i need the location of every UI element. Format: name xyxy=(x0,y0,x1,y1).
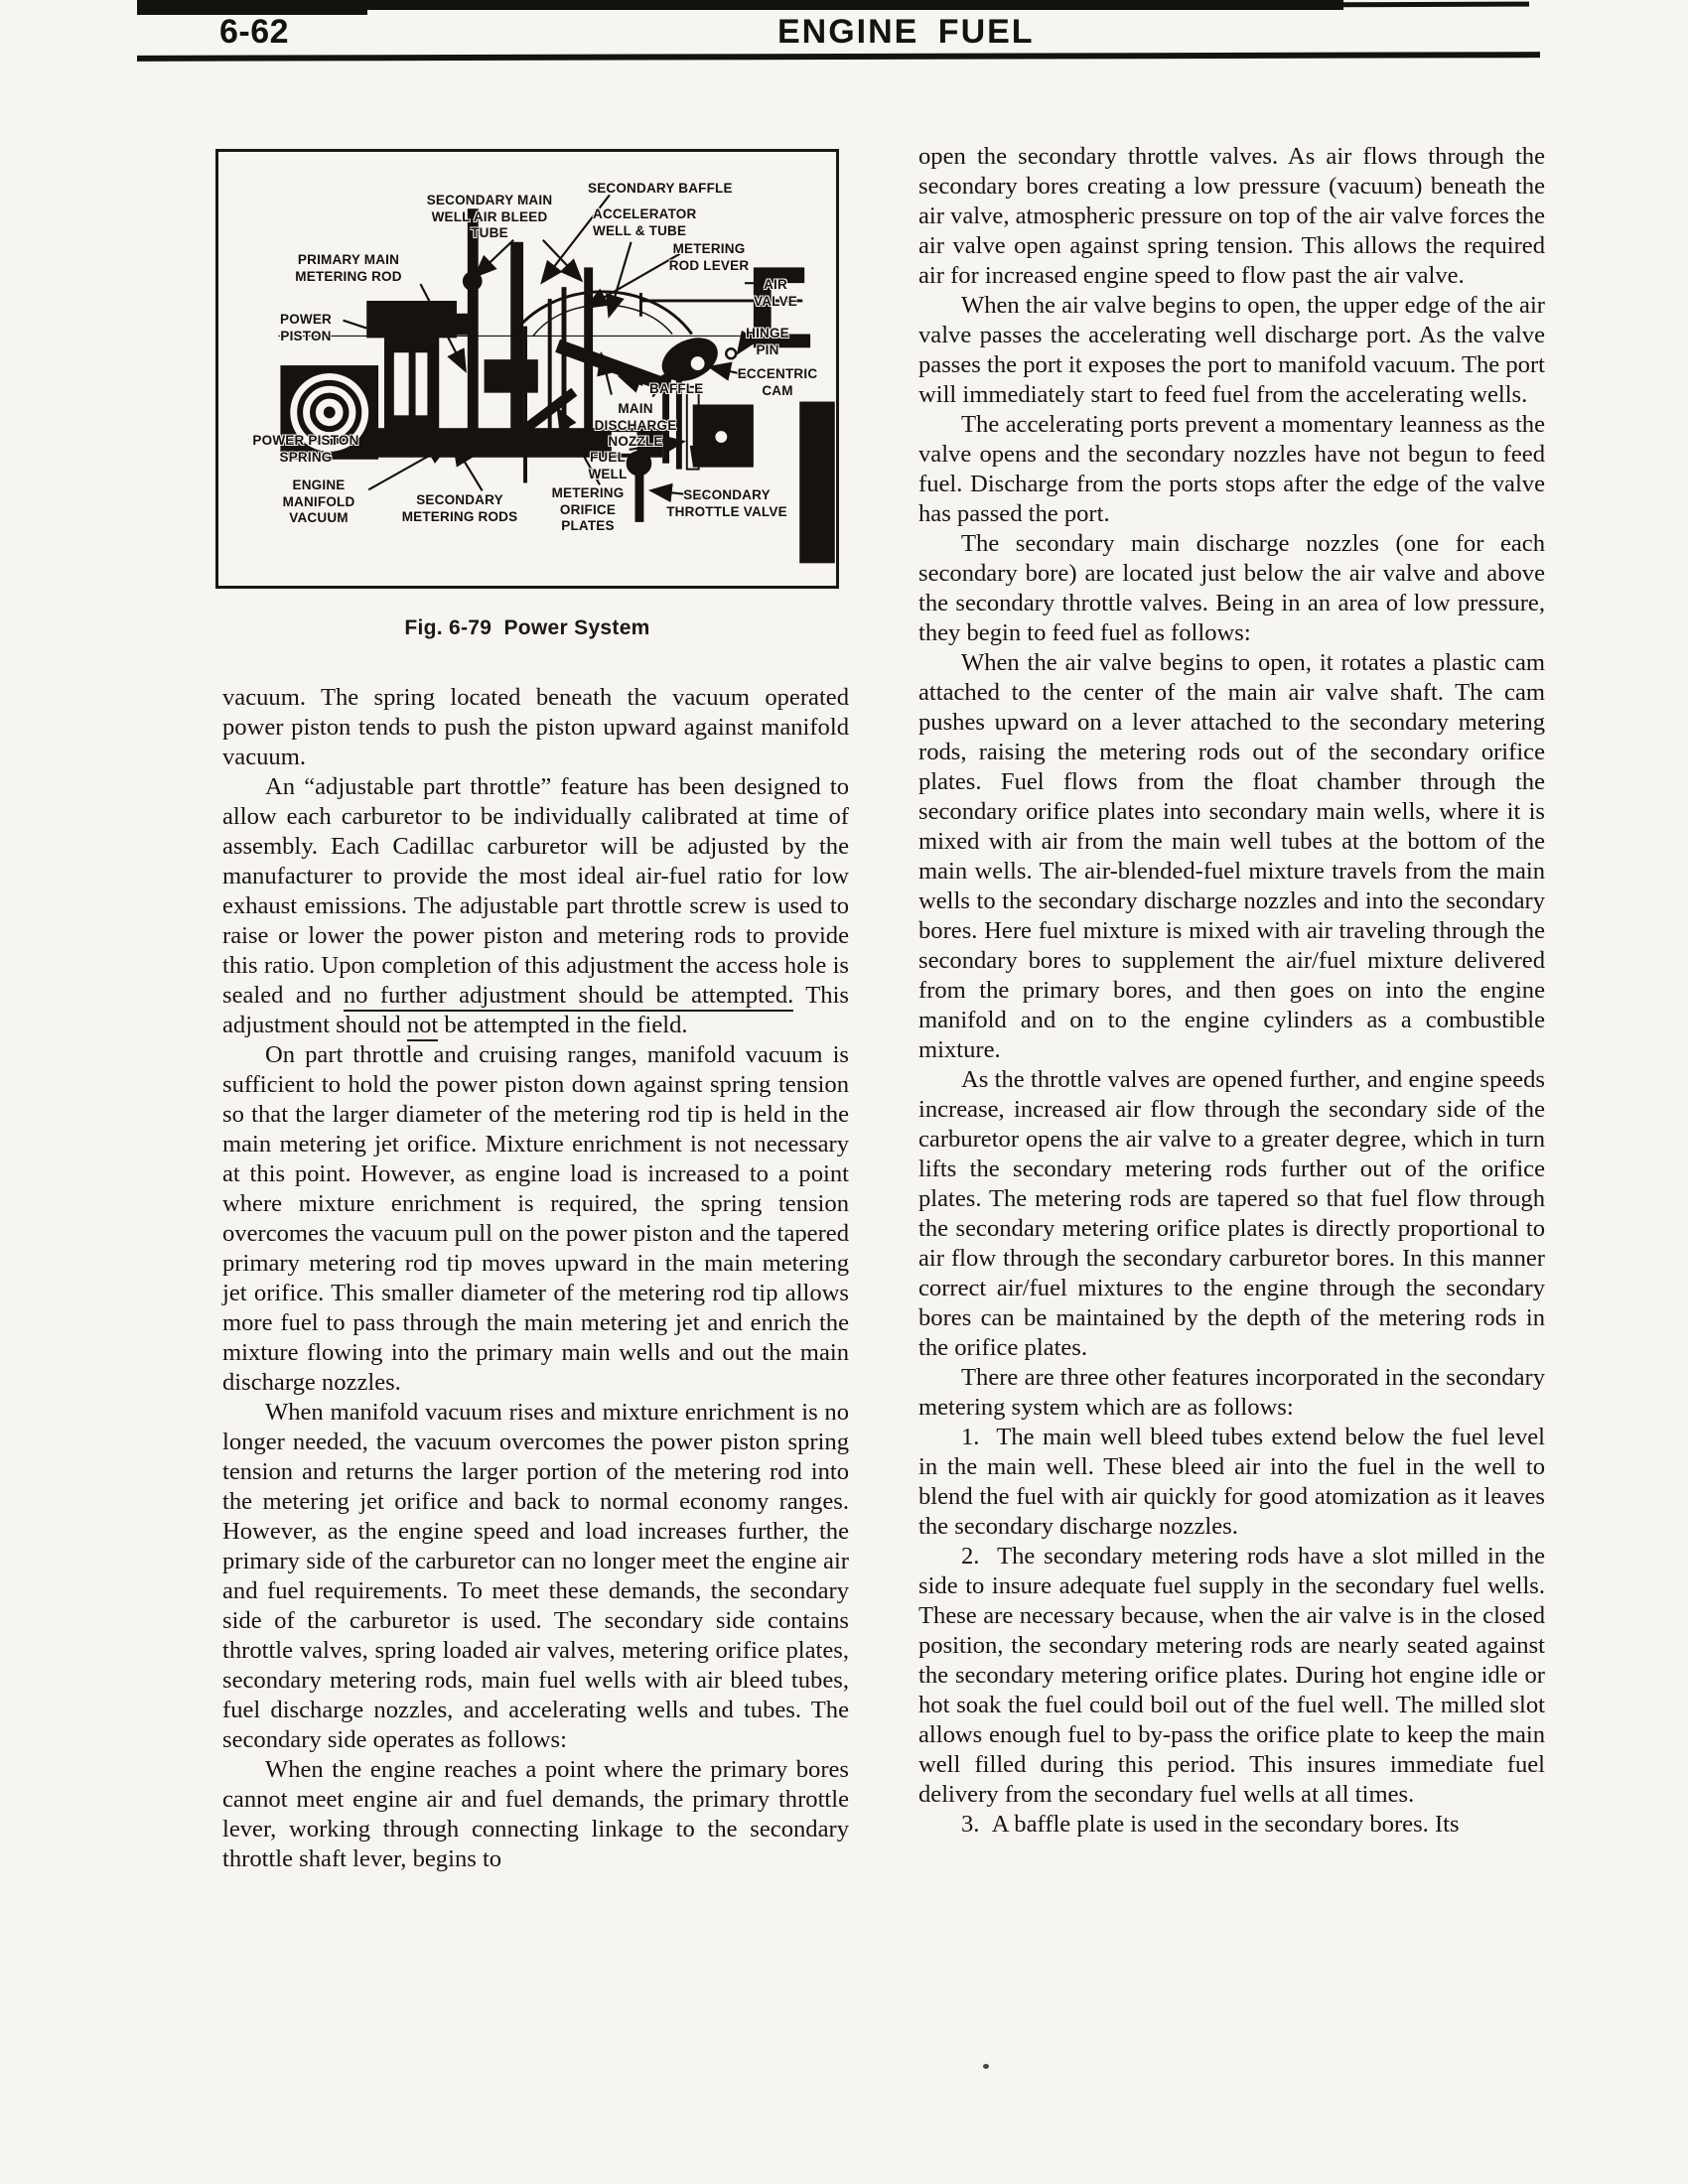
figure-label-metering-orifice-plates: METERINGORIFICEPLATES xyxy=(552,485,625,535)
list-item-2: 2. The secondary metering rods have a sl… xyxy=(918,1542,1545,1810)
figure-caption: Fig. 6-79 Power System xyxy=(215,616,839,640)
paragraph: An “adjustable part throttle” feature ha… xyxy=(222,772,849,1040)
underlined-text: not xyxy=(407,1012,438,1041)
figure-label-baffle: BAFFLE xyxy=(649,381,703,398)
paragraph-text: When the air valve begins to open, the u… xyxy=(918,292,1545,408)
figure-label-eccentric-cam: ECCENTRICCAM xyxy=(738,366,818,399)
paragraph: As the throttle valves are opened furthe… xyxy=(918,1065,1545,1363)
paragraph: When manifold vacuum rises and mixture e… xyxy=(222,1398,849,1755)
figure-power-system: SECONDARY MAINWELL AIR BLEEDTUBE SECONDA… xyxy=(215,149,839,589)
figure-label-engine-manifold-vacuum: ENGINEMANIFOLDVACUUM xyxy=(283,478,355,527)
figure-label-air-valve: AIRVALVE xyxy=(754,277,797,310)
figure-label-secondary-baffle: SECONDARY BAFFLE xyxy=(588,181,733,198)
paragraph-text: 3. A baffle plate is used in the seconda… xyxy=(961,1811,1460,1838)
figure-label-metering-rod-lever: METERINGROD LEVER xyxy=(669,241,750,274)
paragraph-text: When the engine reaches a point where th… xyxy=(222,1756,849,1872)
paragraph-text: vacuum. The spring located beneath the v… xyxy=(222,684,849,770)
paragraph-text: As the throttle valves are opened furthe… xyxy=(918,1066,1545,1361)
paragraph-text: 1. The main well bleed tubes extend belo… xyxy=(918,1424,1545,1540)
paragraph: The secondary main discharge nozzles (on… xyxy=(918,529,1545,648)
figure-label-hinge-pin: HINGEPIN xyxy=(746,326,789,358)
paragraph: There are three other features incorpora… xyxy=(918,1363,1545,1423)
paragraph: When the engine reaches a point where th… xyxy=(222,1755,849,1874)
paragraph: open the secondary throttle valves. As a… xyxy=(918,142,1545,291)
header-rule xyxy=(137,52,1540,62)
paragraph: vacuum. The spring located beneath the v… xyxy=(222,683,849,772)
paragraph: When the air valve begins to open, the u… xyxy=(918,291,1545,410)
figure-label-power-piston: POWERPISTON xyxy=(280,312,332,344)
figure-label-secondary-main-well-air-bleed-tube: SECONDARY MAINWELL AIR BLEEDTUBE xyxy=(427,193,553,242)
paragraph-text: There are three other features incorpora… xyxy=(918,1364,1545,1421)
figure-label-secondary-metering-rods: SECONDARYMETERING RODS xyxy=(402,492,518,525)
paragraph: On part throttle and cruising ranges, ma… xyxy=(222,1040,849,1398)
right-column: open the secondary throttle valves. As a… xyxy=(918,142,1545,1840)
page-title: ENGINE FUEL xyxy=(777,13,1035,52)
left-column: vacuum. The spring located beneath the v… xyxy=(222,683,849,1874)
page-number: 6-62 xyxy=(219,13,289,52)
list-item-3: 3. A baffle plate is used in the seconda… xyxy=(918,1810,1545,1840)
figure-label-main-discharge-nozzle: MAINDISCHARGENOZZLE xyxy=(595,401,677,451)
paragraph-text: When the air valve begins to open, it ro… xyxy=(918,649,1545,1063)
list-item-1: 1. The main well bleed tubes extend belo… xyxy=(918,1423,1545,1542)
paragraph-text: open the secondary throttle valves. As a… xyxy=(918,143,1545,289)
paragraph: When the air valve begins to open, it ro… xyxy=(918,648,1545,1065)
paragraph-text: On part throttle and cruising ranges, ma… xyxy=(222,1041,849,1396)
paragraph-text: When manifold vacuum rises and mixture e… xyxy=(222,1399,849,1753)
manual-page: 6-62 ENGINE FUEL xyxy=(0,0,1688,2184)
paragraph-text: The accelerating ports prevent a momenta… xyxy=(918,411,1545,527)
ink-speck xyxy=(983,2064,989,2069)
underlined-text: no further adjustment should be attempte… xyxy=(344,982,793,1012)
figure-label-fuel-well: FUELWELL xyxy=(588,450,627,482)
figure-label-accelerator-well-tube: ACCELERATORWELL & TUBE xyxy=(593,206,696,239)
figure-label-power-piston-spring: POWER PISTONSPRING xyxy=(252,433,358,466)
figure-label-primary-main-metering-rod: PRIMARY MAINMETERING ROD xyxy=(295,252,401,285)
paragraph-text: be attempted in the field. xyxy=(438,1012,687,1038)
paragraph-text: An “adjustable part throttle” feature ha… xyxy=(222,773,849,1009)
figure-label-secondary-throttle-valve: SECONDARYTHROTTLE VALVE xyxy=(666,487,787,520)
paragraph-text: The secondary main discharge nozzles (on… xyxy=(918,530,1545,646)
paragraph: The accelerating ports prevent a momenta… xyxy=(918,410,1545,529)
paragraph-text: 2. The secondary metering rods have a sl… xyxy=(918,1543,1545,1808)
scan-top-bar-right xyxy=(1291,2,1529,8)
